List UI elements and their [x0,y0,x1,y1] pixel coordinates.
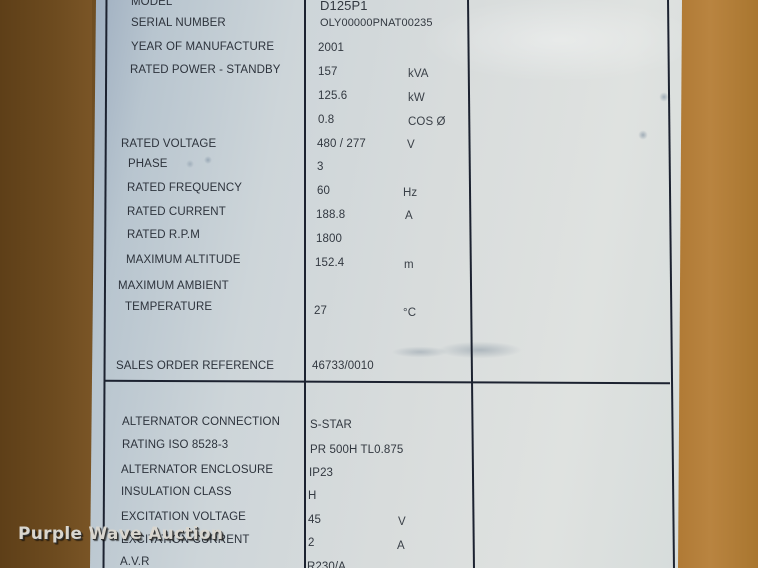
value-rated-power-kva: 157 [318,66,338,78]
label-excitation-voltage: EXCITATION VOLTAGE [121,511,246,523]
value-avr: R230/A [307,561,346,568]
label-model: MODEL [131,0,172,8]
grid-line-col1 [304,0,306,568]
value-rated-rpm: 1800 [316,233,342,245]
value-alternator-enclosure: IP23 [309,467,333,479]
value-model: D125P1 [320,0,368,13]
label-avr: A.V.R [120,556,149,568]
label-sales-order-reference: SALES ORDER REFERENCE [116,360,274,372]
value-maximum-altitude: 152.4 [315,257,344,269]
label-rated-frequency: RATED FREQUENCY [127,182,242,194]
value-temperature: 27 [314,305,327,317]
value-sales-order-reference: 46733/0010 [312,360,374,372]
label-rated-current: RATED CURRENT [127,206,226,218]
value-rated-current: 188.8 [316,209,345,221]
painted-metal-right [678,0,758,568]
label-insulation-class: INSULATION CLASS [121,486,232,498]
label-rated-power-standby: RATED POWER - STANDBY [130,64,281,76]
value-rated-power-kw: 125.6 [318,90,347,102]
label-serial-number: SERIAL NUMBER [131,17,226,29]
label-maximum-altitude: MAXIMUM ALTITUDE [126,254,240,266]
value-alternator-connection: S-STAR [310,419,352,431]
label-rating-iso: RATING ISO 8528-3 [122,439,228,451]
value-rated-voltage: 480 / 277 [317,138,366,150]
label-maximum-ambient: MAXIMUM AMBIENT [118,280,229,292]
unit-kw: kW [408,92,425,104]
label-alternator-connection: ALTERNATOR CONNECTION [122,416,280,428]
unit-volts: V [407,139,415,151]
value-rating-iso: PR 500H TL0.875 [310,444,403,456]
value-phase: 3 [317,161,324,173]
unit-celsius: °C [403,307,416,319]
value-power-factor: 0.8 [318,114,334,126]
label-temperature: TEMPERATURE [125,301,212,313]
label-rated-rpm: RATED R.P.M [127,229,200,241]
unit-kva: kVA [408,68,429,80]
unit-hertz: Hz [403,187,417,199]
painted-metal-left [0,0,92,568]
value-serial-number: OLY00000PNAT00235 [320,17,433,29]
unit-amps: A [405,210,413,222]
unit-cos-phi: COS Ø [408,116,446,128]
label-alternator-enclosure: ALTERNATOR ENCLOSURE [121,464,273,476]
label-year-of-manufacture: YEAR OF MANUFACTURE [131,41,274,53]
unit-meters: m [404,259,414,271]
unit-excitation-amps: A [397,540,405,552]
value-excitation-voltage: 45 [308,514,321,526]
value-rated-frequency: 60 [317,185,330,197]
label-rated-voltage: RATED VOLTAGE [121,138,216,150]
value-excitation-current: 2 [308,537,315,549]
label-phase: PHASE [128,158,168,170]
value-year-of-manufacture: 2001 [318,42,344,54]
watermark-text: Purple Wave Auction [18,524,223,544]
value-insulation-class: H [308,490,316,502]
unit-excitation-volts: V [398,516,406,528]
